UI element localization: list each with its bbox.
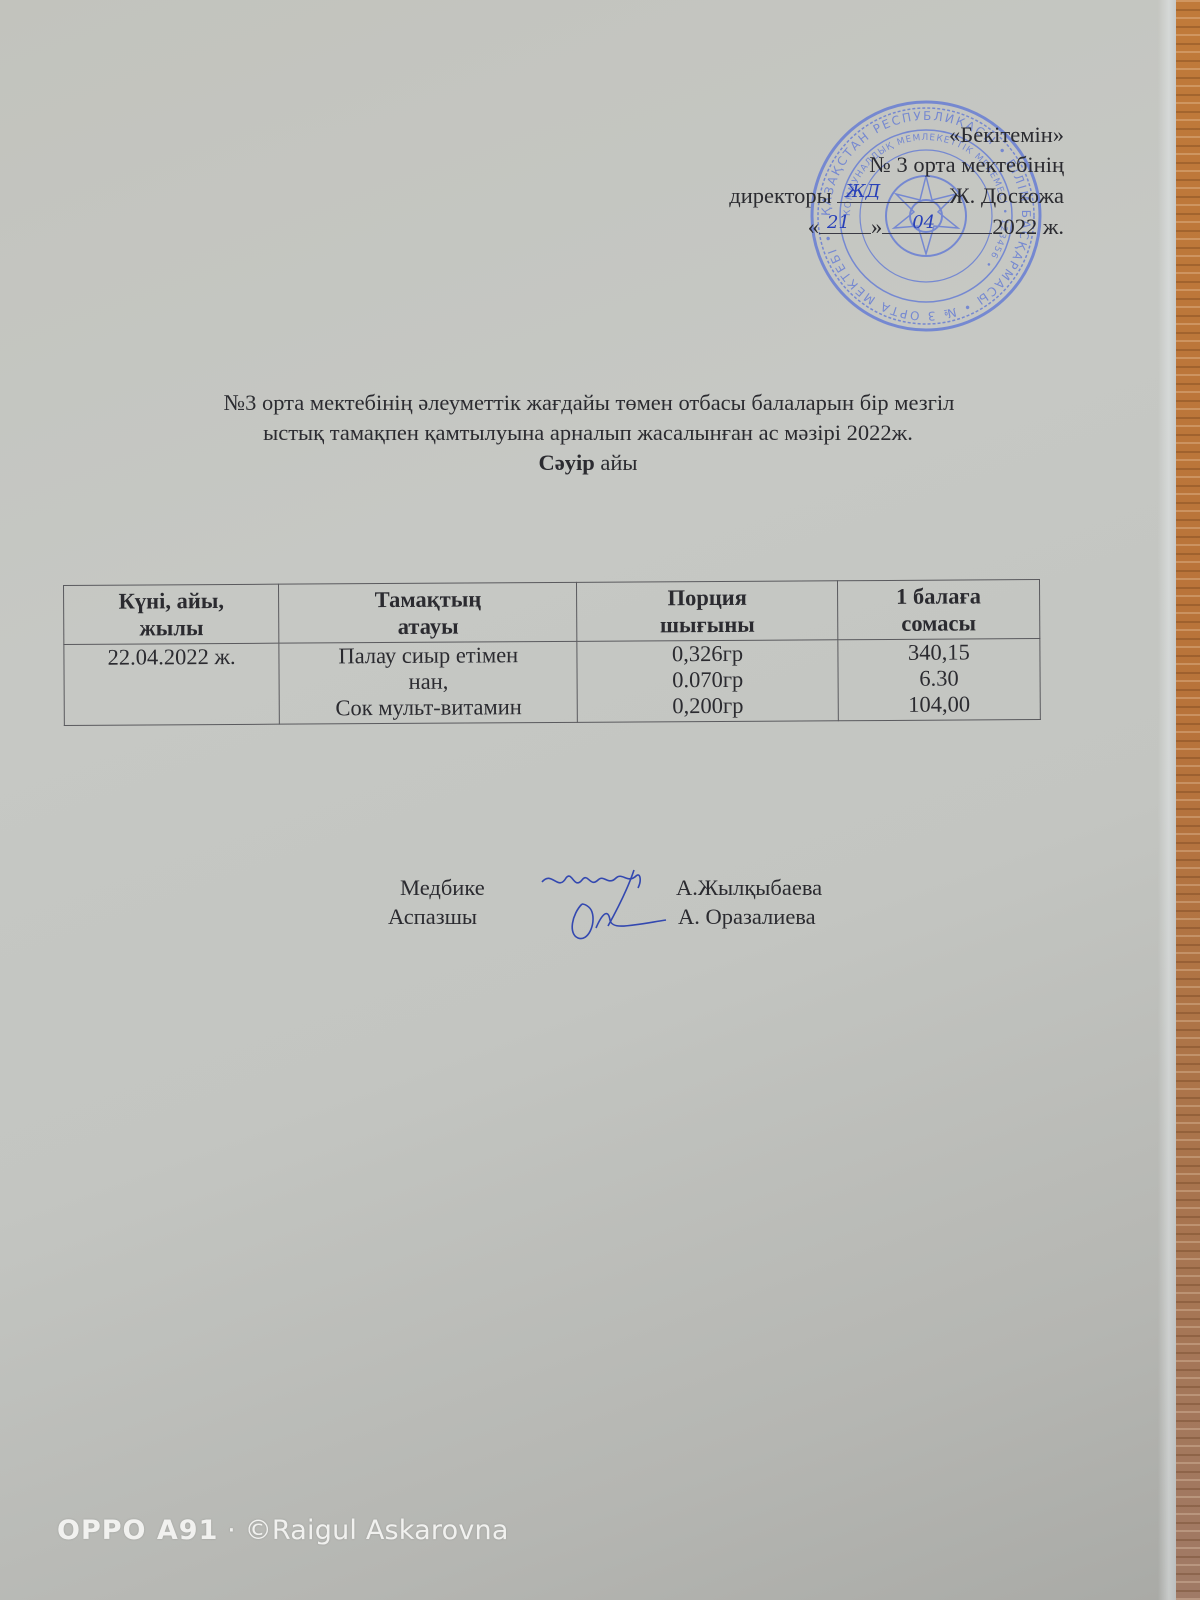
date-day-blank: 21 — [819, 211, 871, 234]
approval-heading: «Бекітемін» — [729, 120, 1064, 150]
title-month-suffix: айы — [595, 450, 638, 475]
approval-school: № 3 орта мектебінің — [729, 150, 1064, 180]
watermark-author: ©Raigul Askarovna — [245, 1515, 509, 1546]
date-value: 22.04.2022 ж. — [70, 644, 273, 671]
cell-date: 22.04.2022 ж. — [64, 643, 280, 725]
cell-dishes: Палау сиыр етімен нан, Сок мульт-витамин — [279, 641, 578, 724]
date-close-quote: » — [871, 214, 882, 239]
header-portion-line-2: шығыны — [584, 610, 832, 639]
dish-item: Сок мульт-витамин — [286, 694, 571, 722]
table-row: 22.04.2022 ж. Палау сиыр етімен нан, Сок… — [64, 639, 1040, 726]
director-signature: ЖД — [845, 182, 880, 202]
paper-document: ҚАЗАҚСТАН РЕСПУБЛИКАСЫ • БІЛІМ БАСҚАРМАС… — [0, 0, 1176, 1600]
date-month-handwritten: 04 — [912, 213, 935, 233]
header-cost-line-1: 1 балаға — [844, 582, 1033, 610]
header-dish-line-1: Тамақтың — [285, 585, 570, 614]
cell-costs: 340,15 6.30 104,00 — [838, 639, 1041, 721]
header-portion-line-1: Порция — [583, 583, 831, 612]
handwritten-signatures-icon — [538, 868, 668, 944]
header-date: Күні, айы, жылы — [64, 584, 280, 644]
header-dish-line-2: атауы — [286, 612, 571, 641]
cell-portions: 0,326гр 0.070гр 0,200гр — [577, 640, 838, 723]
table-header-row: Күні, айы, жылы Тамақтың атауы Порция шы… — [64, 580, 1040, 645]
watermark-separator: · — [218, 1515, 244, 1546]
portion-value: 0.070гр — [584, 666, 832, 694]
signature-role: Медбике — [400, 874, 485, 902]
approval-date-line: «21»042022 ж. — [729, 211, 1064, 242]
watermark-brand: OPPO A91 — [57, 1515, 218, 1546]
header-portion: Порция шығыны — [577, 581, 838, 642]
date-year: 2022 ж. — [992, 214, 1064, 239]
camera-watermark: OPPO A91 · ©Raigul Askarovna — [57, 1515, 509, 1546]
document-title: №3 орта мектебінің әлеуметтік жағдайы тө… — [0, 388, 1176, 478]
title-line-2: ыстық тамақпен қамтылуына арналып жасалы… — [0, 418, 1176, 448]
header-date-line-1: Күні, айы, — [70, 587, 273, 615]
cost-value: 340,15 — [844, 639, 1033, 666]
menu-table: Күні, айы, жылы Тамақтың атауы Порция шы… — [63, 579, 1041, 726]
signature-name: А.Жылқыбаева — [676, 874, 822, 902]
portion-value: 0,200гр — [584, 692, 832, 720]
portion-value: 0,326гр — [584, 640, 832, 668]
header-date-line-2: жылы — [70, 614, 273, 642]
title-month-name: Сәуір — [538, 450, 594, 475]
title-month: Сәуір айы — [0, 448, 1176, 478]
date-open-quote: « — [808, 214, 819, 239]
director-signature-blank: ЖД — [837, 180, 949, 203]
dish-item: Палау сиыр етімен — [286, 642, 571, 670]
title-line-1: №3 орта мектебінің әлеуметтік жағдайы тө… — [0, 388, 1176, 418]
dish-item: нан, — [286, 668, 571, 696]
date-day-handwritten: 21 — [827, 213, 850, 233]
director-name: Ж. Доскожа — [949, 183, 1064, 208]
cost-value: 6.30 — [844, 665, 1033, 692]
header-dish-name: Тамақтың атауы — [279, 582, 577, 643]
signature-name: А. Оразалиева — [678, 903, 816, 931]
director-label: директоры — [729, 183, 832, 208]
date-month-blank: 04 — [882, 211, 992, 234]
approval-director-line: директоры ЖД Ж. Доскожа — [729, 180, 1064, 211]
cost-value: 104,00 — [845, 691, 1034, 718]
header-cost-per-child: 1 балаға сомасы — [837, 580, 1039, 640]
header-cost-line-2: сомасы — [844, 609, 1033, 637]
signature-role: Аспазшы — [388, 903, 477, 931]
approval-block: «Бекітемін» № 3 орта мектебінің директор… — [729, 120, 1064, 242]
